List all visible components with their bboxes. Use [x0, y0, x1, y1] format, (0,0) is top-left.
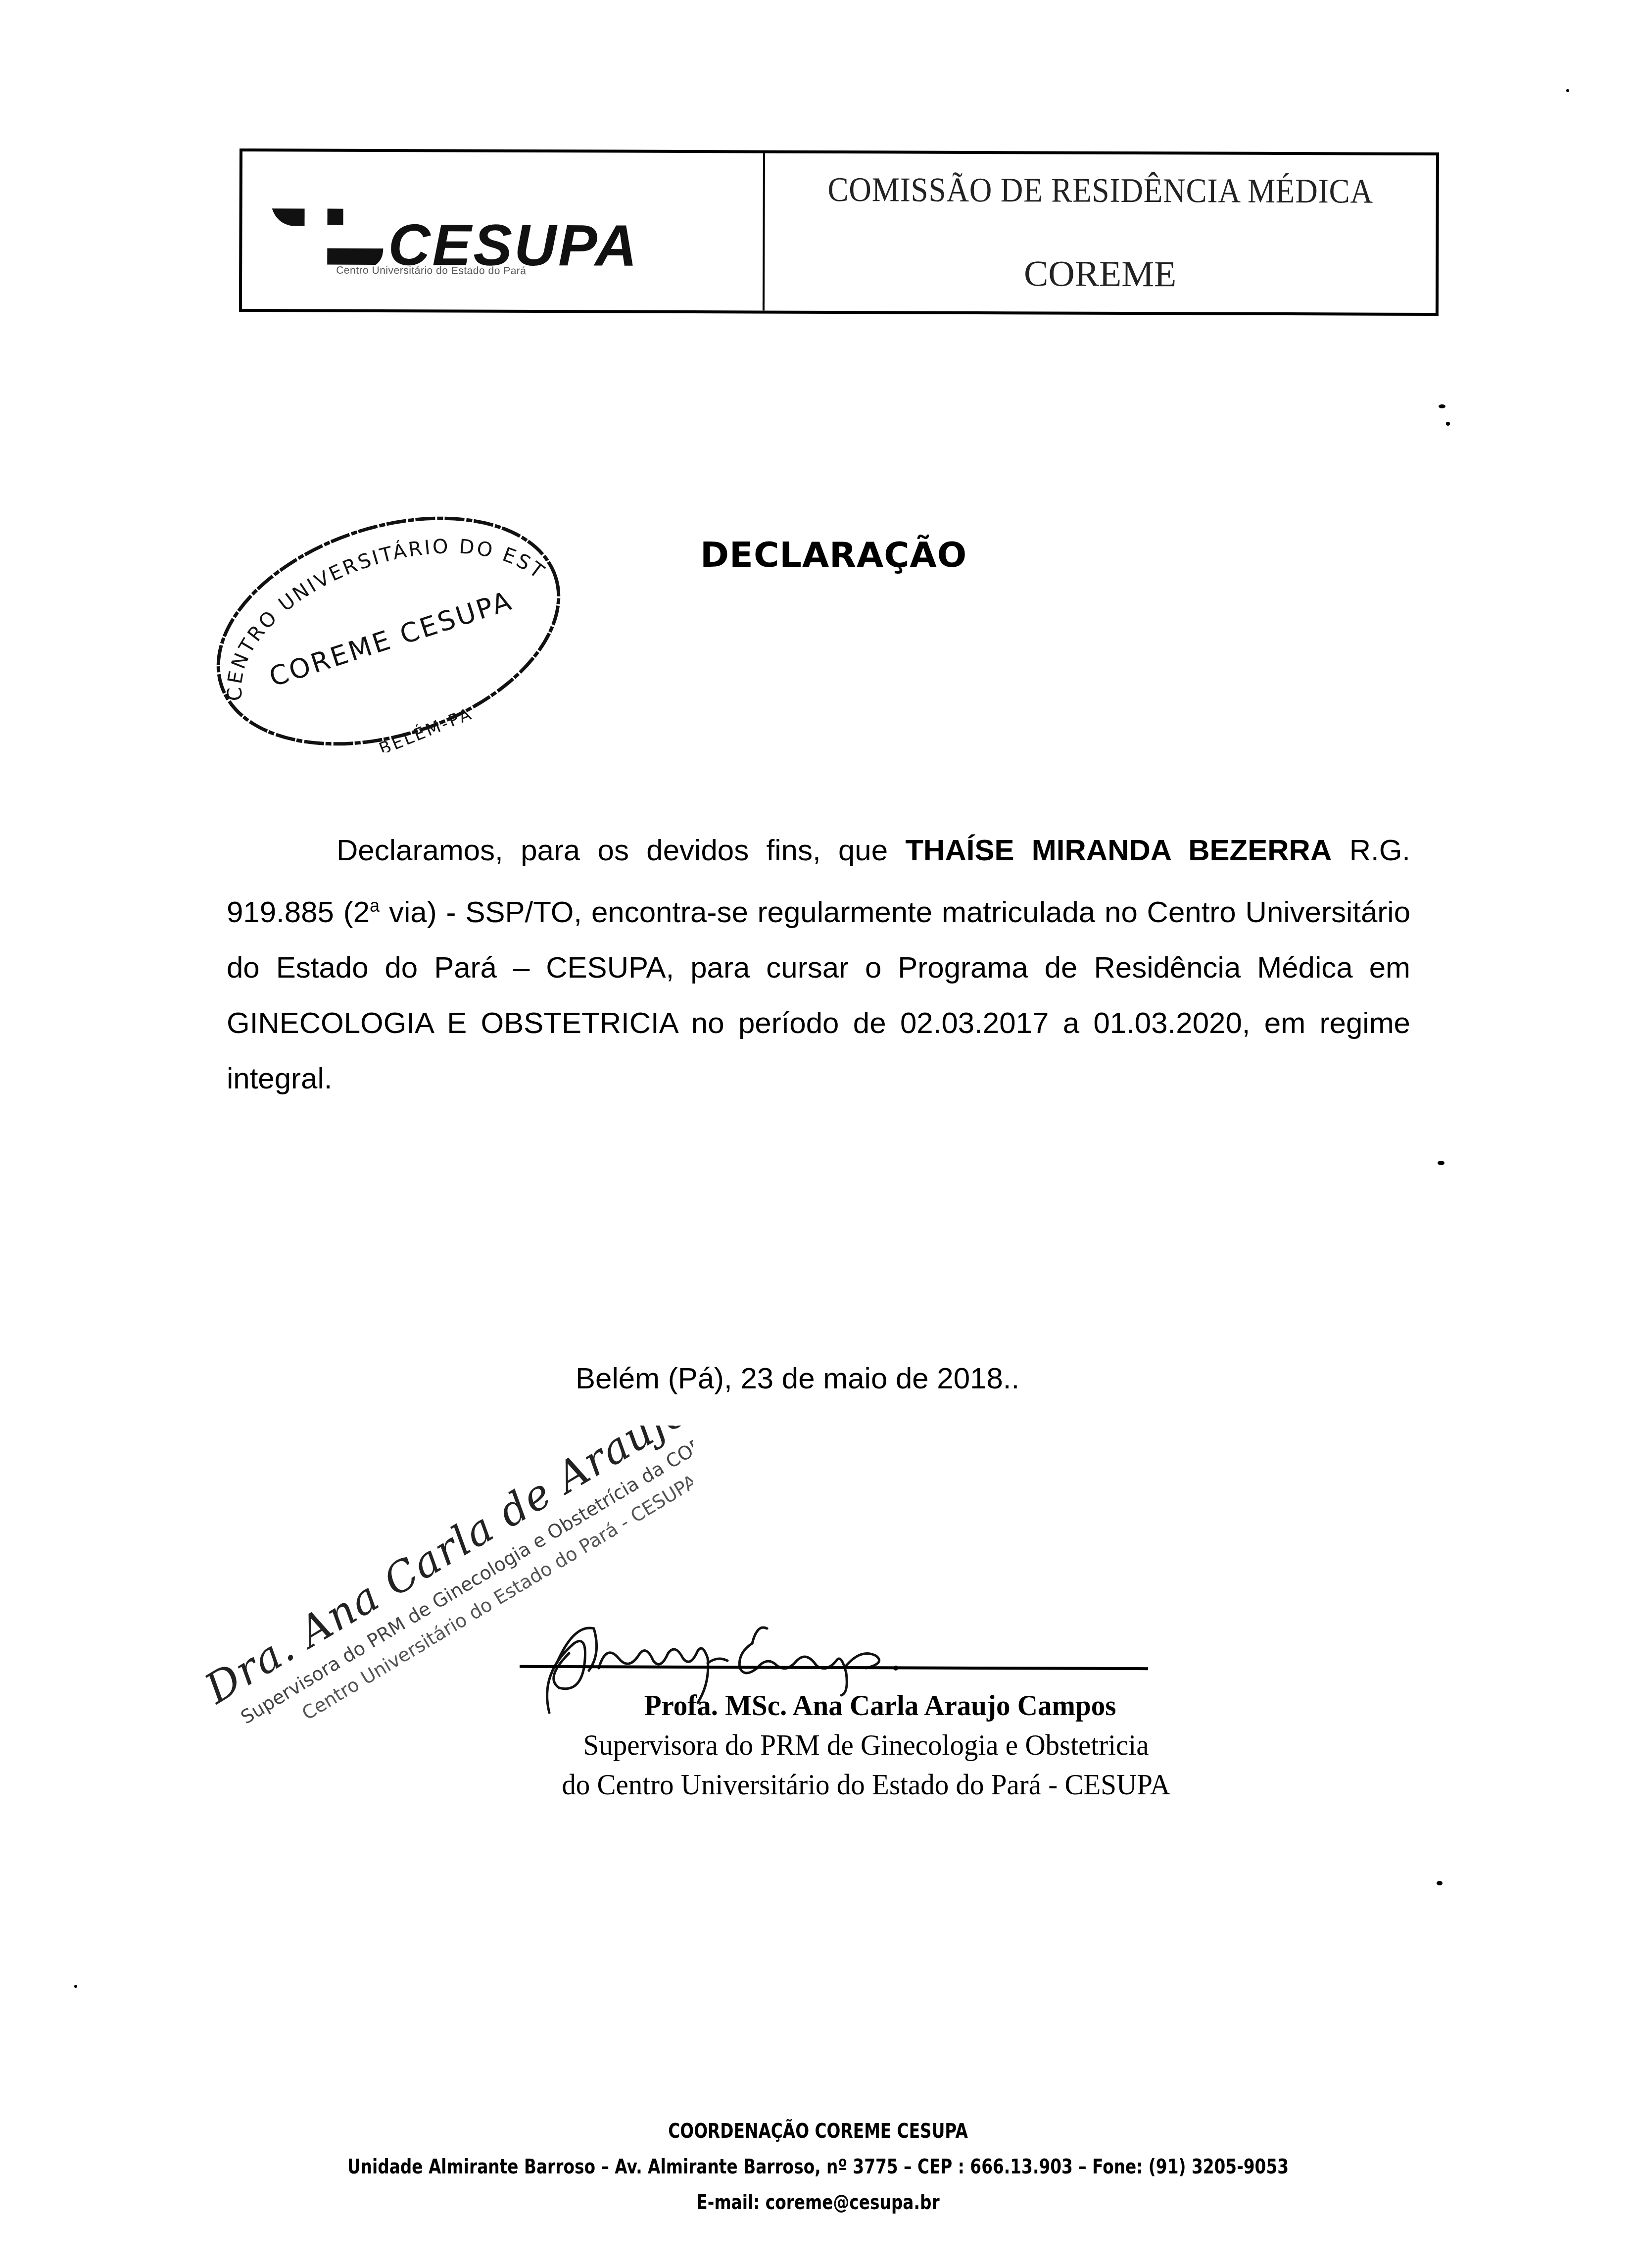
commission-acronym: COREME — [765, 252, 1436, 296]
logo-subtitle: Centro Universitário do Estado do Pará — [336, 265, 526, 277]
scan-speck — [74, 1985, 77, 1988]
scan-speck — [1437, 1881, 1443, 1885]
commission-title: COMISSÃO DE RESIDÊNCIA MÉDICA — [798, 170, 1402, 212]
document-title: DECLARAÇÃO — [700, 535, 967, 575]
stamp-bottom-text: BELÉM-PA — [376, 703, 476, 752]
ordinal-indicator: a — [370, 895, 380, 916]
signer-block: Profa. MSc. Ana Carla Araujo Campos Supe… — [445, 1685, 1287, 1804]
body-intro: Declaramos, para os devidos fins, que — [337, 834, 905, 867]
date-line: Belém (Pá), 23 de maio de 2018.. — [576, 1361, 1019, 1395]
footer: COORDENAÇÃO COREME CESUPA Unidade Almira… — [0, 2114, 1636, 2220]
signer-role: Supervisora do PRM de Ginecologia e Obst… — [467, 1725, 1266, 1765]
letterhead-box: CESUPA Centro Universitário do Estado do… — [239, 148, 1439, 316]
cesupa-logo: CESUPA Centro Universitário do Estado do… — [242, 151, 763, 310]
student-name: THAÍSE MIRANDA BEZERRA — [905, 834, 1332, 867]
footer-address: Unidade Almirante Barroso – Av. Almirant… — [147, 2149, 1489, 2185]
signer-name: Profa. MSc. Ana Carla Araujo Campos — [467, 1685, 1266, 1725]
declaration-body: Declaramos, para os devidos fins, que TH… — [227, 823, 1410, 1106]
scan-speck — [1446, 422, 1450, 426]
signer-institution: do Centro Universitário do Estado do Par… — [467, 1765, 1266, 1804]
footer-coordination: COORDENAÇÃO COREME CESUPA — [147, 2114, 1489, 2149]
institution-stamp: CENTRO UNIVERSITÁRIO DO ESTADO DO PARÁ C… — [195, 505, 581, 752]
commission-header: COMISSÃO DE RESIDÊNCIA MÉDICA COREME — [765, 153, 1436, 313]
footer-email: E-mail: coreme@cesupa.br — [147, 2185, 1489, 2220]
scan-speck — [1439, 404, 1445, 408]
scan-speck — [1438, 1161, 1444, 1165]
scan-speck — [1566, 89, 1569, 92]
body-rest: via) - SSP/TO, encontra-se regularmente … — [227, 895, 1410, 1095]
